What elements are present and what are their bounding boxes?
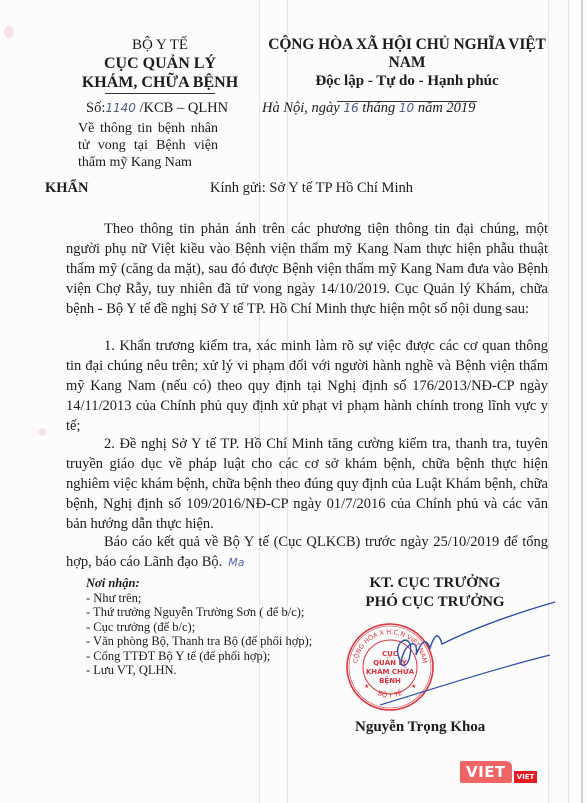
- department-name-line1: CỤC QUẢN LÝ: [60, 54, 260, 73]
- signature-title-line1: KT. CỤC TRƯỞNG: [345, 574, 525, 593]
- country-name: CỘNG HÒA XÃ HỘI CHỦ NGHĨA VIỆT NAM: [252, 36, 562, 72]
- date-year: năm 2019: [418, 100, 476, 116]
- report-text: Báo cáo kết quả về Bộ Y tế (Cục QLKCB) t…: [66, 534, 548, 570]
- recipient-item: - Thứ trưởng Nguyễn Trường Sơn ( để b/c)…: [86, 605, 312, 620]
- scan-artifact-line: [568, 0, 569, 803]
- recipients-title: Nơi nhận:: [86, 576, 312, 591]
- date-prefix: Hà Nội, ngày: [262, 100, 340, 116]
- page-edge: [581, 0, 583, 803]
- header-underline: [105, 93, 215, 94]
- paragraph-intro: Theo thông tin phản ánh trên các phương …: [66, 219, 548, 319]
- date-month: 10: [399, 101, 414, 115]
- watermark-logo-small: VIET: [514, 771, 538, 783]
- paragraph-report: Báo cáo kết quả về Bộ Y tế (Cục QLKCB) t…: [66, 532, 548, 573]
- date-day: 16: [343, 101, 358, 115]
- handwritten-signature-icon: [360, 600, 560, 710]
- issuer-header: BỘ Y TẾ CỤC QUẢN LÝ KHÁM, CHỮA BỆNH: [60, 36, 260, 94]
- paragraph-item-2: 2. Đề nghị Sở Y tế TP. Hồ Chí Minh tăng …: [66, 434, 548, 534]
- recipient-item: - Văn phòng Bộ, Thanh tra Bộ (để phối hợ…: [86, 634, 312, 649]
- recipient-item: - Cục trưởng (để b/c);: [86, 620, 312, 635]
- recipient-item: - Lưu VT, QLHN.: [86, 663, 312, 678]
- doc-number-handwritten: 1140: [105, 101, 136, 115]
- vietnamnet-watermark: VIETVIET: [460, 761, 537, 783]
- document-subject: Về thông tin bệnh nhân tử vong tại Bệnh …: [78, 120, 218, 171]
- ministry-name: BỘ Y TẾ: [60, 36, 260, 54]
- national-motto: Độc lập - Tự do - Hạnh phúc: [252, 72, 562, 91]
- scan-blot: [38, 428, 46, 436]
- signer-name: Nguyễn Trọng Khoa: [355, 719, 485, 736]
- date-month-label: tháng: [362, 100, 395, 116]
- watermark-logo-large: VIET: [460, 761, 512, 783]
- scan-blot: [4, 26, 14, 38]
- document-number: Số:1140 /KCB – QLHN: [86, 100, 228, 117]
- national-header: CỘNG HÒA XÃ HỘI CHỦ NGHĨA VIỆT NAM Độc l…: [252, 36, 562, 102]
- recipient-item: - Cổng TTĐT Bộ Y tế (để phối hợp);: [86, 649, 312, 664]
- recipient-item: - Như trên;: [86, 591, 312, 606]
- initials-mark: Ma: [228, 556, 244, 569]
- document-date: Hà Nội, ngày 16 tháng 10 năm 2019: [262, 100, 475, 117]
- doc-number-prefix: Số:: [86, 100, 105, 116]
- paragraph-item-1: 1. Khẩn trương kiểm tra, xác minh làm rõ…: [66, 336, 548, 436]
- urgency-label: KHẨN: [45, 180, 89, 197]
- department-name-line2: KHÁM, CHỮA BỆNH: [60, 73, 260, 92]
- doc-number-suffix: /KCB – QLHN: [140, 100, 229, 116]
- addressee: Kính gửi: Sở Y tế TP Hồ Chí Minh: [210, 180, 413, 197]
- document-page: BỘ Y TẾ CỤC QUẢN LÝ KHÁM, CHỮA BỆNH CỘNG…: [0, 0, 587, 803]
- recipients-block: Nơi nhận: - Như trên; - Thứ trưởng Nguyễ…: [86, 576, 312, 678]
